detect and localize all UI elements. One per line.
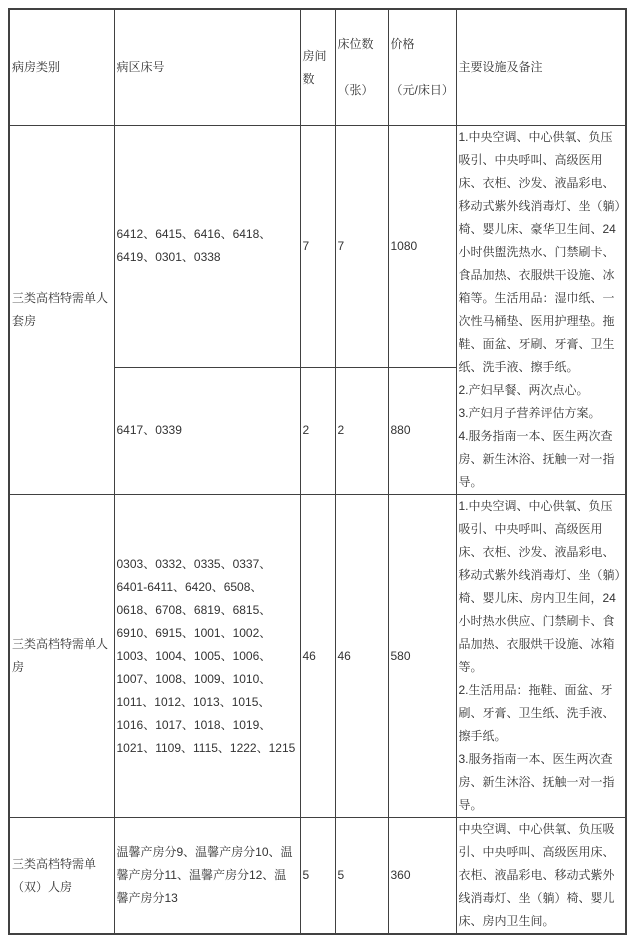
header-facilities: 主要设施及备注	[456, 9, 626, 126]
cell-price: 880	[388, 367, 456, 494]
header-price-unit: （元/床日）	[391, 79, 454, 102]
cell-facilities: 1.中央空调、中心供氧、负压吸引、中央呼叫、高级医用床、衣柜、沙发、液晶彩电、移…	[456, 495, 626, 818]
cell-room-count: 46	[300, 495, 335, 818]
cell-bed-count: 7	[335, 126, 388, 368]
cell-category: 三类高档特需单人房	[9, 495, 114, 818]
header-bed-count: 床位数 （张）	[335, 9, 388, 126]
header-room-count: 房间数	[300, 9, 335, 126]
cell-facilities: 1.中央空调、中心供氧、负压吸引、中央呼叫、高级医用床、衣柜、沙发、液晶彩电、移…	[456, 126, 626, 495]
cell-price: 580	[388, 495, 456, 818]
cell-facilities: 中央空调、中心供氧、负压吸引、中央呼叫、高级医用床、衣柜、液晶彩电、移动式紫外线…	[456, 818, 626, 935]
cell-room-count: 7	[300, 126, 335, 368]
cell-room-count: 2	[300, 367, 335, 494]
cell-beds: 6412、6415、6416、6418、6419、0301、0338	[114, 126, 300, 368]
cell-category: 三类高档特需单人套房	[9, 126, 114, 495]
header-price: 价格 （元/床日）	[388, 9, 456, 126]
cell-bed-count: 5	[335, 818, 388, 935]
cell-beds: 温馨产房分9、温馨产房分10、温馨产房分11、温馨产房分12、温馨产房分13	[114, 818, 300, 935]
cell-room-count: 5	[300, 818, 335, 935]
header-beds: 病区床号	[114, 9, 300, 126]
cell-beds: 0303、0332、0335、0337、6401-6411、6420、6508、…	[114, 495, 300, 818]
header-category: 病房类别	[9, 9, 114, 126]
header-bed-count-unit: （张）	[338, 79, 386, 102]
cell-price: 1080	[388, 126, 456, 368]
table-row: 三类高档特需单人套房 6412、6415、6416、6418、6419、0301…	[9, 126, 626, 368]
cell-bed-count: 2	[335, 367, 388, 494]
cell-bed-count: 46	[335, 495, 388, 818]
ward-pricing-table: 病房类别 病区床号 房间数 床位数 （张） 价格 （元/床日） 主要设施及备注 …	[8, 8, 627, 935]
cell-category: 三类高档特需单（双）人房	[9, 818, 114, 935]
header-bed-count-label: 床位数	[338, 33, 386, 56]
cell-beds: 6417、0339	[114, 367, 300, 494]
table-row: 三类高档特需单（双）人房 温馨产房分9、温馨产房分10、温馨产房分11、温馨产房…	[9, 818, 626, 935]
cell-price: 360	[388, 818, 456, 935]
page: 病房类别 病区床号 房间数 床位数 （张） 价格 （元/床日） 主要设施及备注 …	[0, 0, 633, 875]
table-row: 三类高档特需单人房 0303、0332、0335、0337、6401-6411、…	[9, 495, 626, 818]
header-row: 病房类别 病区床号 房间数 床位数 （张） 价格 （元/床日） 主要设施及备注	[9, 9, 626, 126]
header-price-label: 价格	[391, 33, 454, 56]
